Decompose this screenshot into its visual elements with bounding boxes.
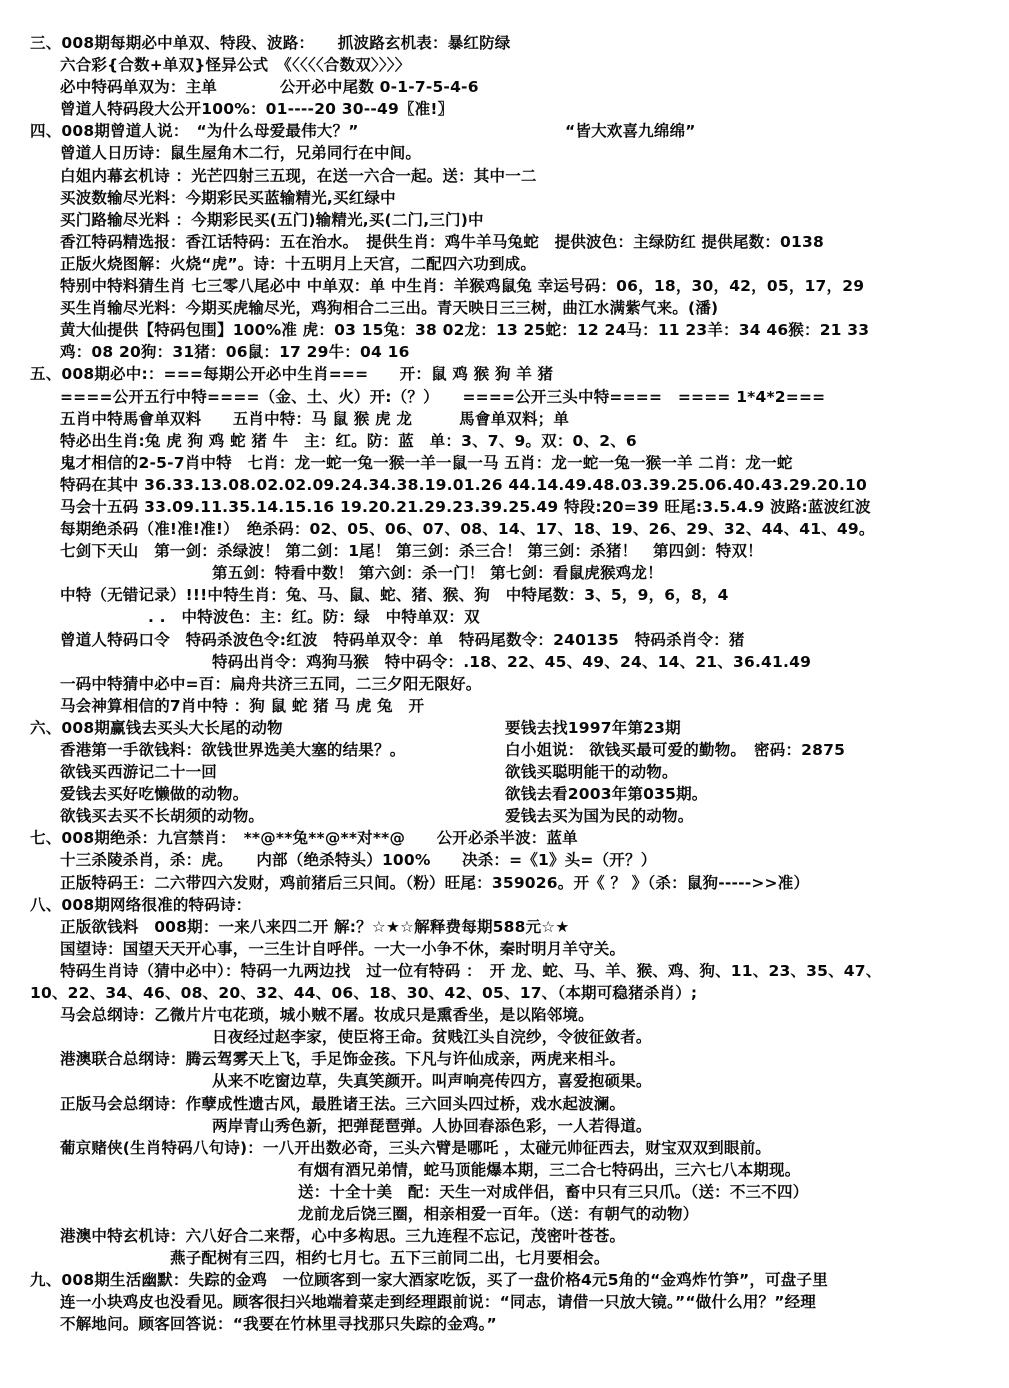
text-line: 鸡：08 20狗：31猪：06鼠：17 29牛：04 16 [0, 341, 1009, 363]
text-line-right-column: 白小姐说： 欲钱买最可爱的勤物。 密码：2875 [505, 739, 845, 761]
section-4: 四、008期曾道人说： “为什么母爱最伟大？”“皆大欢喜九绵绵”曾道人日历诗：鼠… [0, 120, 1009, 363]
text-line: 送：十全十美 配：天生一对成伴侣，畜中只有三只爪。（送：不三不四） [0, 1181, 1009, 1203]
text-line-content: 欲钱买去买不长胡须的动物。 [60, 807, 264, 825]
text-line: 爱钱去买好吃懒做的动物。欲钱去看2003年第035期。 [0, 783, 1009, 805]
text-line-right-column: 欲钱去看2003年第035期。 [505, 783, 708, 805]
text-line-content: 鬼才相信的2-5-7肖中特 七肖：龙一蛇一兔一猴一羊一鼠一马 五肖：龙一蛇一兔一… [60, 454, 793, 472]
text-line-content: 买生肖输尽光料：今期买虎输尽光，鸡狗相合二三出。青天映日三三树，曲江水满紫气来。… [60, 299, 718, 317]
document-page: 三、008期每期必中单双、特段、波路： 抓波路玄机表：暴红防绿六合彩{合数+单双… [0, 0, 1009, 1336]
text-line-content: 正版特码王：二六带四六发财，鸡前猪后三只间。（粉）旺尾：359026。开《 ？ … [60, 874, 809, 892]
text-line-content: 马会总纲诗：乙微片片屯花琐，城小贼不屠。妆成只是熏香坐，是以陷邻境。 [60, 1006, 594, 1024]
section-5: 五、008期必中:：===每期公开必中生肖=== 开：鼠 鸡 猴 狗 羊 猪==… [0, 363, 1009, 717]
text-line: 马会十五码 33.09.11.35.14.15.16 19.20.21.29.2… [0, 496, 1009, 518]
text-line: 港澳中特玄机诗：六八好合二来帮，心中多构思。三九连程不忘记，茂密叶苍苍。 [0, 1225, 1009, 1247]
text-line: 国望诗：国望天天开心事，一三生计自呼伴。一大一小争不休，秦时明月羊守关。 [0, 938, 1009, 960]
text-line-content: 特码生肖诗（猜中必中）：特码一九两边找 过一位有特码 ： 开 龙、蛇、马、羊、猴… [60, 962, 881, 980]
text-line-content: 日夜经过赵李家，使臣将王命。贫贱江头自浣纱，令彼征敛者。 [212, 1028, 652, 1046]
text-line-content: 必中特码单双为：主单 公开必中尾数 0-1-7-5-4-6 [60, 78, 479, 96]
text-line-content: 从来不吃窗边草，失真笑颜开。叫声响亮传四方，喜爱抱硕果。 [212, 1072, 652, 1090]
text-line-content: 五肖中特馬會单双料 五肖中特：马 鼠 猴 虎 龙 馬會单双料；单 [60, 410, 569, 428]
text-line: 香江特码精选报：香江话特码：五在治水。 提供生肖：鸡牛羊马兔蛇 提供波色：主绿防… [0, 231, 1009, 253]
text-line: 曾道人特码口令 特码杀波色令:红波 特码单双令：单 特码尾数令：240135 特… [0, 629, 1009, 651]
text-line-content: 有烟有酒兄弟情，蛇马顶能爆本期，三二合七特码出，三六七八本期现。 [298, 1161, 800, 1179]
text-line: 马会神算相信的7肖中特 ：狗 鼠 蛇 猪 马 虎 兔 开 [0, 695, 1009, 717]
text-line-content: 特必出生肖:兔 虎 狗 鸡 蛇 猪 牛 主：红。防：蓝 单：3、7、9。双：0、… [60, 432, 637, 450]
text-line: 九、008期生活幽默：失踪的金鸡 一位顾客到一家大酒家吃饭，买了一盘价格4元5角… [0, 1269, 1009, 1291]
text-line: 特必出生肖:兔 虎 狗 鸡 蛇 猪 牛 主：红。防：蓝 单：3、7、9。双：0、… [0, 430, 1009, 452]
text-line: 燕子配树有三四，相约七月七。五下三前同二出，七月要相会。 [0, 1247, 1009, 1269]
text-line: 中特（无错记录）!!!中特生肖：兔、马、鼠、蛇、猪、猴、狗 中特尾数：3、5，9… [0, 584, 1009, 606]
text-line: 香港第一手欲钱料：欲钱世界选美大塞的结果？。白小姐说： 欲钱买最可爱的勤物。 密… [0, 739, 1009, 761]
text-line-content: . . 中特波色：主：红。防：绿 中特单双：双 [148, 608, 480, 626]
text-line-content: 国望诗：国望天天开心事，一三生计自呼伴。一大一小争不休，秦时明月羊守关。 [60, 940, 625, 958]
text-line: 日夜经过赵李家，使臣将王命。贫贱江头自浣纱，令彼征敛者。 [0, 1026, 1009, 1048]
text-line-right-column: 欲钱买聪明能干的动物。 [505, 761, 678, 783]
text-line-content: 曾道人特码口令 特码杀波色令:红波 特码单双令：单 特码尾数令：240135 特… [60, 631, 745, 649]
text-line-content: 曾道人特码段大公开100%：01----20 30--49〖准!〗 [60, 100, 453, 118]
text-line-content: 曾道人日历诗：鼠生屋角木二行，兄弟同行在中间。 [60, 144, 421, 162]
text-line-content: 欲钱买西游记二十一回 [60, 763, 217, 781]
text-line: 正版特码王：二六带四六发财，鸡前猪后三只间。（粉）旺尾：359026。开《 ？ … [0, 872, 1009, 894]
text-line: 曾道人日历诗：鼠生屋角木二行，兄弟同行在中间。 [0, 142, 1009, 164]
text-line: . . 中特波色：主：红。防：绿 中特单双：双 [0, 606, 1009, 628]
text-line-content: 八、008期网络很准的特码诗： [30, 896, 251, 914]
text-line: 龙前龙后饶三圈，相亲相爱一百年。（送：有朝气的动物） [0, 1203, 1009, 1225]
text-line-content: 香港第一手欲钱料：欲钱世界选美大塞的结果？。 [60, 741, 405, 759]
text-line-content: 正版马会总纲诗：作孽成性遗古风，最胜诸王法。三六回头四过桥，戏水起波澜。 [60, 1095, 625, 1113]
text-line: 特码在其中 36.33.13.08.02.02.09.24.34.38.19.0… [0, 474, 1009, 496]
text-line-content: 七、008期绝杀：九宫禁肖： **@**兔**@**对**@ 公开必杀半波：蓝单 [30, 829, 578, 847]
text-line: 六、008期赢钱去买头大长尾的动物要钱去找1997年第23期 [0, 717, 1009, 739]
text-line-content: 一码中特猜中必中=百：扁舟共济三五同，二三夕阳无限好。 [60, 675, 481, 693]
text-line: 买波数输尽光料：今期彩民买蓝输精光,买红绿中 [0, 187, 1009, 209]
text-line-content: 港澳联合总纲诗：腾云驾雾天上飞，手足饰金孩。下凡与许仙成亲，两虎来相斗。 [60, 1050, 625, 1068]
text-line: 买门路输尽光料 ：今期彩民买(五门)输精光,买(二门,三门)中 [0, 209, 1009, 231]
section-9: 九、008期生活幽默：失踪的金鸡 一位顾客到一家大酒家吃饭，买了一盘价格4元5角… [0, 1269, 1009, 1335]
text-line-content: 燕子配树有三四，相约七月七。五下三前同二出，七月要相会。 [170, 1249, 610, 1267]
text-line-content: 葡京赌侠(生肖特码八句诗)：一八开出数必奇，三头六臂是哪吒 ，太碰元帅征西去，财… [60, 1139, 771, 1157]
text-line-content: 不解地问。顾客回答说：“我要在竹林里寻找那只失踪的金鸡。” [60, 1315, 497, 1333]
text-line: 正版马会总纲诗：作孽成性遗古风，最胜诸王法。三六回头四过桥，戏水起波澜。 [0, 1093, 1009, 1115]
section-6: 六、008期赢钱去买头大长尾的动物要钱去找1997年第23期香港第一手欲钱料：欲… [0, 717, 1009, 827]
text-line: 十三杀陵杀肖，杀：虎。 内部（绝杀特头）100% 决杀：=《1》头=（开？） [0, 849, 1009, 871]
text-line-content: 六合彩{合数+单双}怪异公式 《〈〈〈〈合数双〉〉〉〉 [60, 56, 410, 74]
text-line: 六合彩{合数+单双}怪异公式 《〈〈〈〈合数双〉〉〉〉 [0, 54, 1009, 76]
text-line-content: 港澳中特玄机诗：六八好合二来帮，心中多构思。三九连程不忘记，茂密叶苍苍。 [60, 1227, 625, 1245]
text-line-right-column: 要钱去找1997年第23期 [505, 717, 681, 739]
text-line: 必中特码单双为：主单 公开必中尾数 0-1-7-5-4-6 [0, 76, 1009, 98]
text-line: 七剑下天山 第一剑：杀绿波！ 第二剑：1尾！ 第三剑：杀三合！ 第三剑：杀猪！ … [0, 540, 1009, 562]
text-line-content: 九、008期生活幽默：失踪的金鸡 一位顾客到一家大酒家吃饭，买了一盘价格4元5角… [30, 1271, 828, 1289]
text-line-content: 黄大仙提供【特码包围】100%准 虎：03 15兔：38 02龙：13 25蛇：… [60, 321, 869, 339]
text-line: 一码中特猜中必中=百：扁舟共济三五同，二三夕阳无限好。 [0, 673, 1009, 695]
section-7: 七、008期绝杀：九宫禁肖： **@**兔**@**对**@ 公开必杀半波：蓝单… [0, 827, 1009, 893]
text-line: 特别中特料猜生肖 七三零八尾必中 中单双：单 中生肖：羊猴鸡鼠兔 幸运号码：06… [0, 275, 1009, 297]
text-line: 欲钱买去买不长胡须的动物。爱钱去买为国为民的动物。 [0, 805, 1009, 827]
text-line-content: 爱钱去买好吃懒做的动物。 [60, 785, 248, 803]
text-line-right-column: “皆大欢喜九绵绵” [565, 120, 696, 142]
text-line: 曾道人特码段大公开100%：01----20 30--49〖准!〗 [0, 98, 1009, 120]
text-line: 买生肖输尽光料：今期买虎输尽光，鸡狗相合二三出。青天映日三三树，曲江水满紫气来。… [0, 297, 1009, 319]
text-line-content: 三、008期每期必中单双、特段、波路： 抓波路玄机表：暴红防绿 [30, 34, 511, 52]
text-line-content: 正版欲钱料 008期：一来八来四二开 解:？☆★☆解释费每期588元☆★ [60, 918, 569, 936]
text-line-content: 特码出肖令：鸡狗马猴 特中码令：.18、22、45、49、24、14、21、36… [212, 653, 811, 671]
text-line-content: 六、008期赢钱去买头大长尾的动物 [30, 719, 283, 737]
text-line: 黄大仙提供【特码包围】100%准 虎：03 15兔：38 02龙：13 25蛇：… [0, 319, 1009, 341]
text-line: 葡京赌侠(生肖特码八句诗)：一八开出数必奇，三头六臂是哪吒 ，太碰元帅征西去，财… [0, 1137, 1009, 1159]
text-line: 正版火烧图解：火烧“虎”。诗：十五明月上天宫，二配四六功到成。 [0, 253, 1009, 275]
text-line: 有烟有酒兄弟情，蛇马顶能爆本期，三二合七特码出，三六七八本期现。 [0, 1159, 1009, 1181]
text-line-content: 龙前龙后饶三圈，相亲相爱一百年。（送：有朝气的动物） [298, 1205, 698, 1223]
text-line: 港澳联合总纲诗：腾云驾雾天上飞，手足饰金孩。下凡与许仙成亲，两虎来相斗。 [0, 1048, 1009, 1070]
text-line-content: 中特（无错记录）!!!中特生肖：兔、马、鼠、蛇、猪、猴、狗 中特尾数：3、5，9… [60, 586, 729, 604]
text-line-content: 鸡：08 20狗：31猪：06鼠：17 29牛：04 16 [60, 343, 410, 361]
text-line-content: 买波数输尽光料：今期彩民买蓝输精光,买红绿中 [60, 189, 396, 207]
text-line: 鬼才相信的2-5-7肖中特 七肖：龙一蛇一兔一猴一羊一鼠一马 五肖：龙一蛇一兔一… [0, 452, 1009, 474]
text-line: 白姐内幕玄机诗 ：光芒四射三五现，在送一六合一起。送：其中一二 [0, 165, 1009, 187]
text-line-content: 特别中特料猜生肖 七三零八尾必中 中单双：单 中生肖：羊猴鸡鼠兔 幸运号码：06… [60, 277, 864, 295]
text-line: 10、22、34、46、08、20、32、44、06、18、30、42、05、1… [0, 982, 1009, 1004]
text-line-content: 十三杀陵杀肖，杀：虎。 内部（绝杀特头）100% 决杀：=《1》头=（开？） [60, 851, 656, 869]
text-line-content: 正版火烧图解：火烧“虎”。诗：十五明月上天宫，二配四六功到成。 [60, 255, 536, 273]
text-line: 五、008期必中:：===每期公开必中生肖=== 开：鼠 鸡 猴 狗 羊 猪 [0, 363, 1009, 385]
text-line-content: 马会神算相信的7肖中特 ：狗 鼠 蛇 猪 马 虎 兔 开 [60, 697, 424, 715]
text-line: 从来不吃窗边草，失真笑颜开。叫声响亮传四方，喜爱抱硕果。 [0, 1070, 1009, 1092]
text-line-content: 第五剑：特看中数！ 第六剑：杀一门！ 第七剑：看鼠虎猴鸡龙！ [212, 564, 663, 582]
text-line-content: 10、22、34、46、08、20、32、44、06、18、30、42、05、1… [30, 984, 697, 1002]
text-line-content: 马会十五码 33.09.11.35.14.15.16 19.20.21.29.2… [60, 498, 871, 516]
text-line-content: 白姐内幕玄机诗 ：光芒四射三五现，在送一六合一起。送：其中一二 [60, 167, 537, 185]
text-line-content: 香江特码精选报：香江话特码：五在治水。 提供生肖：鸡牛羊马兔蛇 提供波色：主绿防… [60, 233, 824, 251]
document-body: 三、008期每期必中单双、特段、波路： 抓波路玄机表：暴红防绿六合彩{合数+单双… [0, 32, 1009, 1336]
text-line-right-column: 爱钱去买为国为民的动物。 [505, 805, 693, 827]
text-line-content: 四、008期曾道人说： “为什么母爱最伟大？” [30, 122, 359, 140]
text-line-content: 特码在其中 36.33.13.08.02.02.09.24.34.38.19.0… [60, 476, 867, 494]
text-line-content: 五、008期必中:：===每期公开必中生肖=== 开：鼠 鸡 猴 狗 羊 猪 [30, 365, 553, 383]
text-line: 特码出肖令：鸡狗马猴 特中码令：.18、22、45、49、24、14、21、36… [0, 651, 1009, 673]
text-line: 正版欲钱料 008期：一来八来四二开 解:？☆★☆解释费每期588元☆★ [0, 916, 1009, 938]
text-line: 每期绝杀码（准!准!准!） 绝杀码：02、05、06、07、08、14、17、1… [0, 518, 1009, 540]
text-line-content: 两岸青山秀色新，把弹琵琶弹。人协回春添色彩，一人若得道。 [212, 1117, 652, 1135]
text-line-content: 七剑下天山 第一剑：杀绿波！ 第二剑：1尾！ 第三剑：杀三合！ 第三剑：杀猪！ … [60, 542, 763, 560]
text-line: 马会总纲诗：乙微片片屯花琐，城小贼不屠。妆成只是熏香坐，是以陷邻境。 [0, 1004, 1009, 1026]
text-line-content: ====公开五行中特====（金、土、火）开:（？） ====公开三头中特===… [60, 388, 825, 406]
text-line: 特码生肖诗（猜中必中）：特码一九两边找 过一位有特码 ： 开 龙、蛇、马、羊、猴… [0, 960, 1009, 982]
section-8: 八、008期网络很准的特码诗：正版欲钱料 008期：一来八来四二开 解:？☆★☆… [0, 894, 1009, 1270]
section-3: 三、008期每期必中单双、特段、波路： 抓波路玄机表：暴红防绿六合彩{合数+单双… [0, 32, 1009, 120]
text-line: 不解地问。顾客回答说：“我要在竹林里寻找那只失踪的金鸡。” [0, 1313, 1009, 1335]
text-line: ====公开五行中特====（金、土、火）开:（？） ====公开三头中特===… [0, 386, 1009, 408]
text-line-content: 买门路输尽光料 ：今期彩民买(五门)输精光,买(二门,三门)中 [60, 211, 484, 229]
text-line-content: 送：十全十美 配：天生一对成伴侣，畜中只有三只爪。（送：不三不四） [298, 1183, 808, 1201]
text-line-content: 每期绝杀码（准!准!准!） 绝杀码：02、05、06、07、08、14、17、1… [60, 520, 875, 538]
text-line: 三、008期每期必中单双、特段、波路： 抓波路玄机表：暴红防绿 [0, 32, 1009, 54]
text-line: 四、008期曾道人说： “为什么母爱最伟大？”“皆大欢喜九绵绵” [0, 120, 1009, 142]
text-line: 两岸青山秀色新，把弹琵琶弹。人协回春添色彩，一人若得道。 [0, 1115, 1009, 1137]
text-line: 第五剑：特看中数！ 第六剑：杀一门！ 第七剑：看鼠虎猴鸡龙！ [0, 562, 1009, 584]
text-line: 八、008期网络很准的特码诗： [0, 894, 1009, 916]
text-line: 连一小块鸡皮也没看见。顾客很扫兴地端着菜走到经理跟前说：“同志，请借一只放大镜。… [0, 1291, 1009, 1313]
text-line: 七、008期绝杀：九宫禁肖： **@**兔**@**对**@ 公开必杀半波：蓝单 [0, 827, 1009, 849]
text-line-content: 连一小块鸡皮也没看见。顾客很扫兴地端着菜走到经理跟前说：“同志，请借一只放大镜。… [60, 1293, 816, 1311]
text-line: 欲钱买西游记二十一回欲钱买聪明能干的动物。 [0, 761, 1009, 783]
text-line: 五肖中特馬會单双料 五肖中特：马 鼠 猴 虎 龙 馬會单双料；单 [0, 408, 1009, 430]
